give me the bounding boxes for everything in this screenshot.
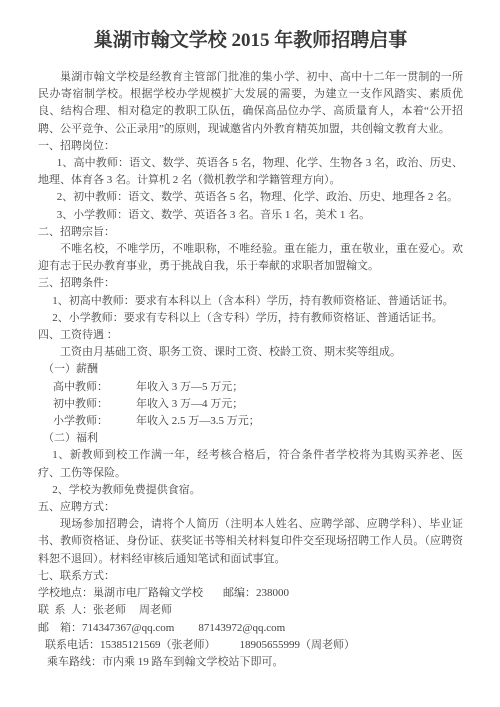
phone-1: 15385121569（张老师）: [100, 639, 216, 651]
address-label: 学校地点：: [38, 587, 93, 599]
welfare-item-insurance: 1、新教师到校工作满一年，经考核合格后，符合条件者学校将为其购买养老、医疗、工伤…: [38, 447, 463, 481]
email-2: 87143972@qq.com: [198, 622, 285, 634]
person-1: 张老师: [93, 604, 126, 616]
salary-row-middle-school: 初中教师：年收入 3 万—4 万元；: [38, 396, 463, 413]
salary-value: 年收入 3 万—5 万元；: [136, 381, 243, 393]
email-label: 邮 箱：: [38, 622, 82, 634]
contact-address-row: 学校地点：巢湖市电厂路翰文学校邮编：238000: [38, 585, 463, 602]
contact-route-row: 乘车路线：市内乘 19 路车到翰文学校站下即可。: [38, 654, 463, 671]
position-item-primary-school: 3、小学教师：语文、数学、英语各 3 名。音乐 1 名，美术 1 名。: [38, 207, 463, 224]
salary-row-high-school: 高中教师：年收入 3 万—5 万元；: [38, 379, 463, 396]
email-1: 714347367@qq.com: [82, 622, 174, 634]
position-item-high-school: 1、高中教师：语文、数学、英语各 5 名，物理、化学、生物各 3 名，政治、历史…: [38, 155, 463, 189]
application-paragraph: 现场参加招聘会，请将个人简历（注明本人姓名、应聘学部、应聘学科）、毕业证书、教师…: [38, 516, 463, 568]
route-value: 市内乘 19 路车到翰文学校站下即可。: [102, 656, 284, 668]
person-label: 联 系 人：: [38, 604, 93, 616]
salary-value: 年收入 3 万—4 万元；: [136, 398, 243, 410]
section-heading-application: 五、应聘方式：: [38, 499, 463, 516]
phone-label: 联系电话：: [45, 639, 100, 651]
contact-phone-row: 联系电话：15385121569（张老师）18905655999（周老师）: [38, 637, 463, 654]
section-heading-purpose: 二、招聘宗旨：: [38, 224, 463, 241]
salary-label: 小学教师：: [53, 415, 108, 427]
salary-label: 初中教师：: [53, 398, 108, 410]
subheading-welfare: （二）福利: [38, 430, 463, 447]
purpose-paragraph: 不唯名校，不唯学历，不唯职称，不唯经验。重在能力，重在敬业，重在爱心。欢迎有志于…: [38, 241, 463, 275]
postcode-label: 邮编：: [223, 587, 256, 599]
route-label: 乘车路线：: [47, 656, 102, 668]
phone-2: 18905655999（周老师）: [240, 639, 356, 651]
salary-row-primary-school: 小学教师：年收入 2.5 万—3.5 万元；: [38, 413, 463, 430]
requirement-item-secondary: 1、初高中教师：要求有本科以上（含本科）学历，持有教师资格证、普通话证书。: [38, 293, 463, 310]
salary-intro: 工资由月基础工资、职务工资、课时工资、校龄工资、期末奖等组成。: [38, 344, 463, 361]
section-heading-salary: 四、工资待遇 ：: [38, 327, 463, 344]
contact-person-row: 联 系 人：张老师周老师: [38, 602, 463, 619]
postcode-value: 238000: [256, 587, 289, 599]
salary-value: 年收入 2.5 万—3.5 万元；: [136, 415, 260, 427]
salary-label: 高中教师：: [53, 381, 108, 393]
intro-paragraph: 巢湖市翰文学校是经教育主管部门批准的集小学、初中、高中十二年一贯制的一所民办寄宿…: [38, 69, 463, 138]
address-value: 巢湖市电厂路翰文学校: [93, 587, 203, 599]
document-title: 巢湖市翰文学校 2015 年教师招聘启事: [38, 28, 463, 54]
requirement-item-primary: 2、小学教师：要求有专科以上（含专科）学历，持有教师资格证、普通话证书。: [38, 310, 463, 327]
person-2: 周老师: [139, 604, 172, 616]
subheading-pay: （一）薪酬: [38, 361, 463, 378]
section-heading-contact: 七、联系方式：: [38, 568, 463, 585]
position-item-middle-school: 2、初中教师：语文、数学、英语各 5 名，物理、化学、政治、历史、地理各 2 名…: [38, 189, 463, 206]
section-heading-requirements: 三、招聘条件：: [38, 275, 463, 292]
document-page: 巢湖市翰文学校 2015 年教师招聘启事 巢湖市翰文学校是经教育主管部门批准的集…: [0, 0, 500, 707]
welfare-item-board: 2、学校为教师免费提供食宿。: [38, 482, 463, 499]
section-heading-positions: 一、招聘岗位：: [38, 138, 463, 155]
contact-email-row: 邮 箱：714347367@qq.com87143972@qq.com: [38, 620, 463, 637]
